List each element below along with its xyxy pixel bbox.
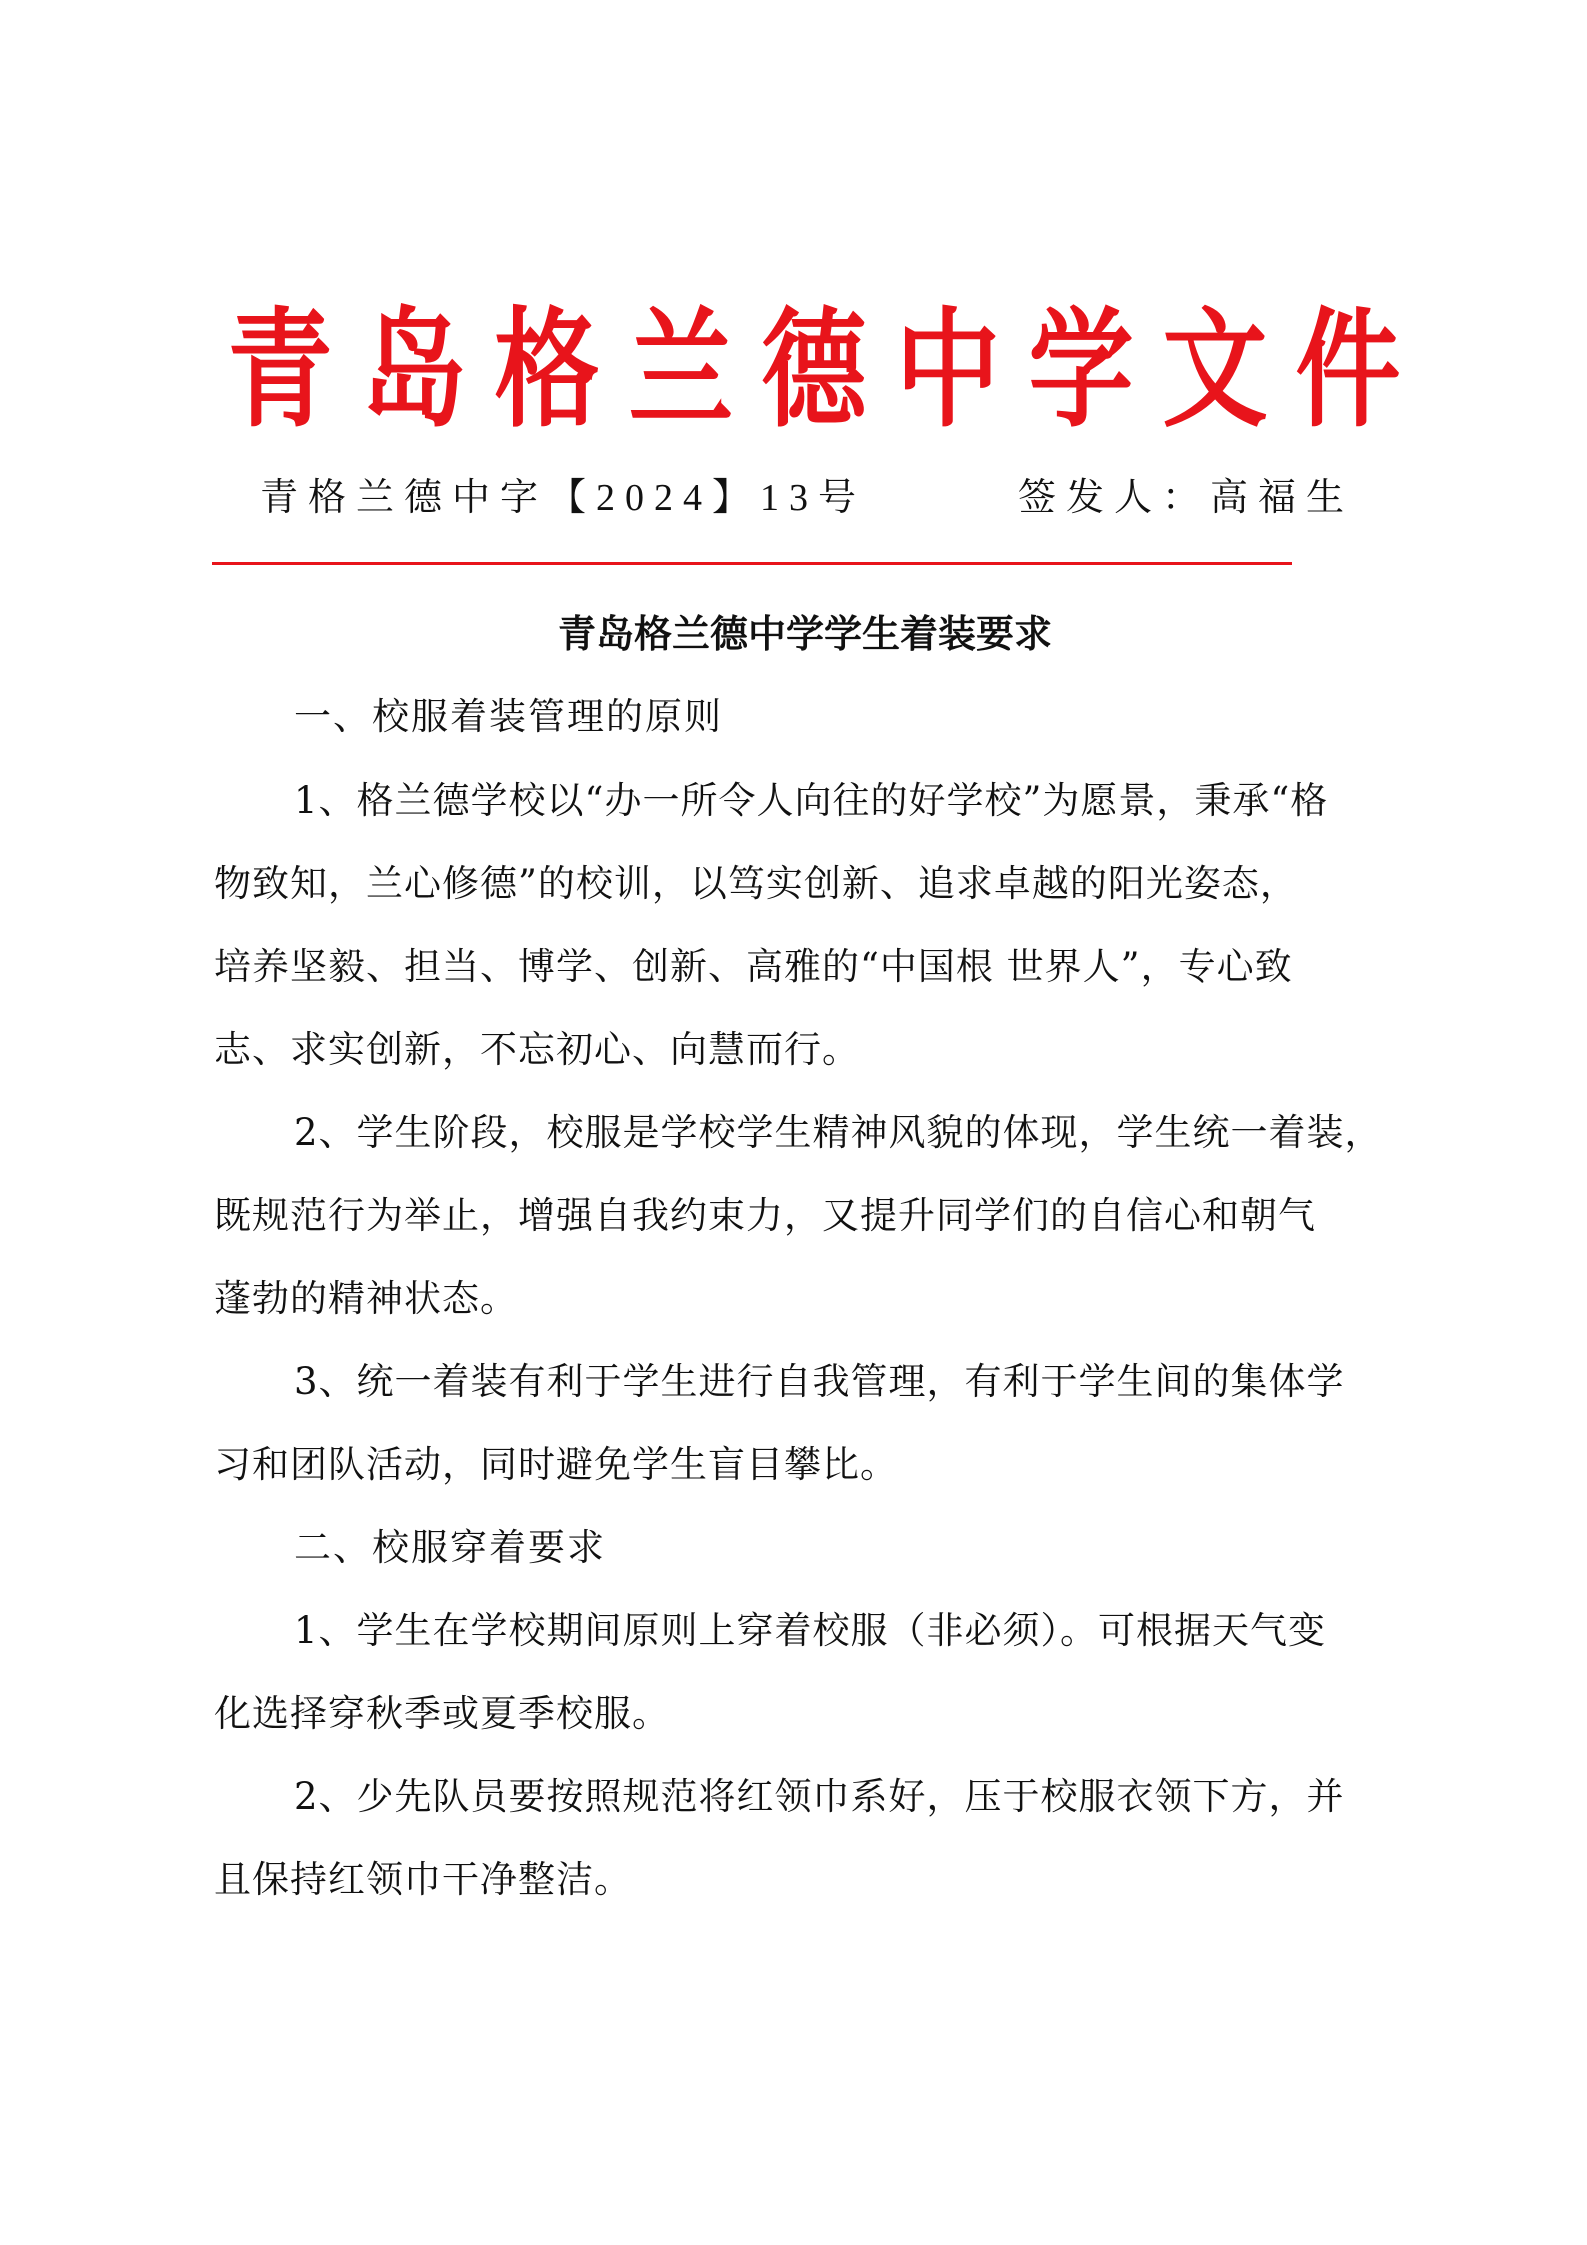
paragraph-line: 且保持红领巾干净整洁。	[214, 1855, 632, 1905]
document-page: 青 岛 格 兰 德 中 学 文 件 青格兰德中字【2024】13号 签发人：高福…	[0, 0, 1587, 2245]
paragraph-line: 蓬勃的精神状态。	[214, 1274, 518, 1324]
paragraph-line: 习和团队活动，同时避免学生盲目攀比。	[214, 1440, 898, 1490]
red-title-char: 青	[226, 290, 334, 450]
red-header-title: 青 岛 格 兰 德 中 学 文 件	[214, 290, 1414, 450]
paragraph-line: 2、少先队员要按照规范将红领巾系好，压于校服衣领下方，并	[294, 1772, 1345, 1822]
paragraph-line: 志、求实创新，不忘初心、向慧而行。	[214, 1025, 860, 1075]
paragraph-line: 化选择穿秋季或夏季校服。	[214, 1689, 670, 1739]
paragraph-line: 1、学生在学校期间原则上穿着校服（非必须）。可根据天气变	[294, 1606, 1326, 1656]
red-title-char: 学	[1027, 290, 1135, 450]
red-title-char: 德	[760, 290, 868, 450]
red-title-char: 文	[1160, 290, 1268, 450]
paragraph-line: 既规范行为举止，增强自我约束力，又提升同学们的自信心和朝气	[214, 1191, 1316, 1241]
paragraph-line: 1、格兰德学校以“办一所令人向往的好学校”为愿景，秉承“格	[294, 776, 1328, 826]
paragraph-line: 物致知，兰心修德”的校训，以笃实创新、追求卓越的阳光姿态，	[214, 859, 1298, 909]
paragraph-line: 3、统一着装有利于学生进行自我管理，有利于学生间的集体学	[294, 1357, 1345, 1407]
red-title-char: 件	[1294, 290, 1402, 450]
red-title-char: 中	[893, 290, 1001, 450]
document-number: 青格兰德中字【2024】13号	[260, 470, 866, 526]
red-title-char: 岛	[359, 290, 467, 450]
signer: 签发人：高福生	[1018, 470, 1354, 526]
red-title-char: 兰	[626, 290, 734, 450]
section-heading: 二、校服穿着要求	[294, 1523, 606, 1573]
red-title-char: 格	[493, 290, 601, 450]
paragraph-line: 培养坚毅、担当、博学、创新、高雅的“中国根 世界人”，专心致	[214, 942, 1293, 992]
red-divider-line	[212, 562, 1292, 565]
section-heading: 一、校服着装管理的原则	[294, 692, 723, 742]
document-title: 青岛格兰德中学学生着装要求	[0, 608, 1587, 660]
document-meta-row: 青格兰德中字【2024】13号 签发人：高福生	[260, 470, 1360, 526]
paragraph-line: 2、学生阶段，校服是学校学生精神风貌的体现，学生统一着装，	[294, 1108, 1383, 1158]
